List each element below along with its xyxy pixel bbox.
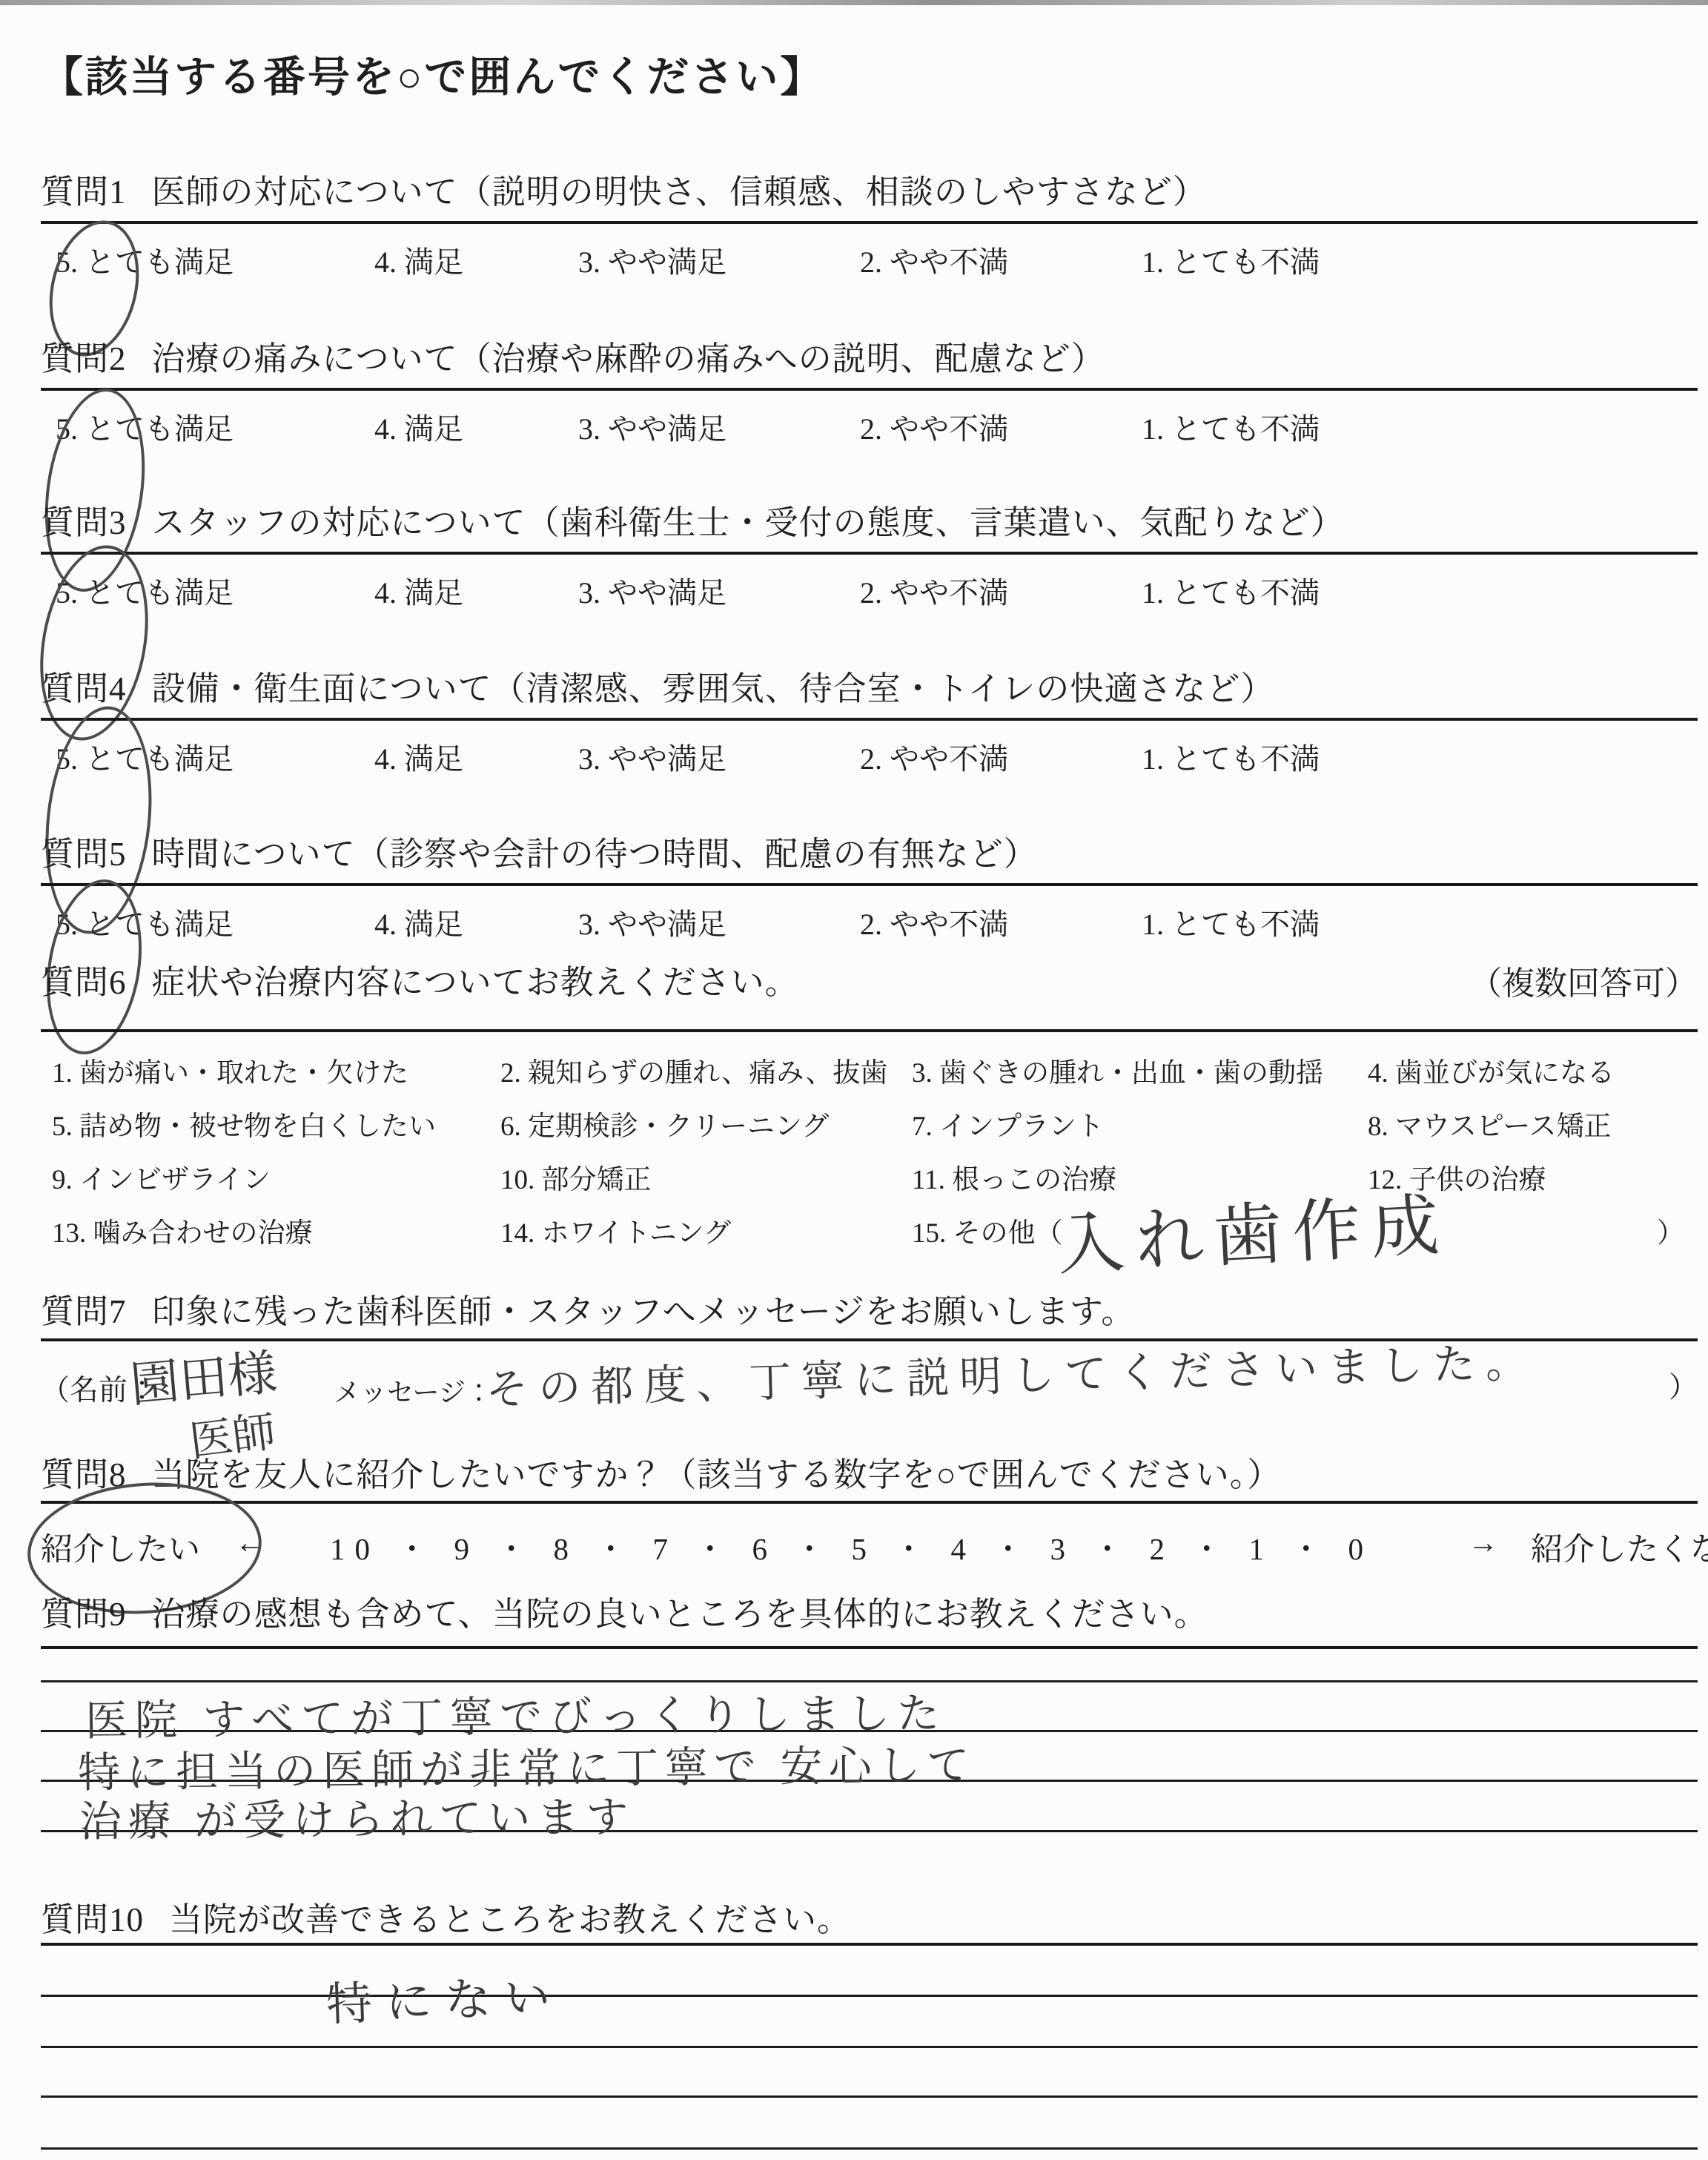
symptom-item: 8. マウスピース矯正 — [1368, 1103, 1612, 1143]
option-somewhat-dissatisfied: 2. やや不満 — [860, 406, 1008, 448]
arrow-left-icon: ← — [235, 1525, 265, 1560]
question-5-options: 5. とても満足 4. 満足 3. やや満足 2. やや不満 1. とても不満 — [41, 901, 1698, 953]
option-satisfied: 4. 満足 — [374, 406, 463, 448]
question-1-heading: 質問1医師の対応について（説明の明快さ、信頼感、相談のしやすさなど） — [41, 165, 1698, 213]
message-label: メッセージ： — [334, 1372, 492, 1410]
question-9-heading: 質問9治療の感想も含めて、当院の良いところを具体的にお教えください。 — [41, 1587, 1698, 1635]
other-close-paren: ） — [1657, 1210, 1684, 1250]
question-5-heading: 質問5時間について（診察や会計の待つ時間、配慮の有無など） — [41, 827, 1698, 875]
question-2-heading: 質問2治療の痛みについて（治療や麻酔の痛みへの説明、配慮など） — [41, 331, 1698, 380]
option-somewhat-satisfied: 3. やや満足 — [578, 569, 726, 612]
question-3-options: 5. とても満足 4. 満足 3. やや満足 2. やや不満 1. とても不満 — [41, 569, 1698, 621]
question-title: 時間について（診察や会計の待つ時間、配慮の有無など） — [152, 836, 1038, 873]
scan-edge-artifact — [0, 0, 1708, 5]
option-somewhat-dissatisfied: 2. やや不満 — [860, 239, 1008, 281]
question-7: 質問7印象に残った歯科医師・スタッフへメッセージをお願いします。 （名前： 園田… — [41, 1284, 1698, 1447]
close-paren: ） — [1669, 1364, 1698, 1406]
question-number: 質問2 — [41, 340, 127, 377]
recommend-label: 紹介したい — [41, 1525, 200, 1570]
multiple-answers-note: （複数回答可） — [1469, 957, 1698, 1004]
question-title: 治療の痛みについて（治療や麻酔の痛みへの説明、配慮など） — [152, 340, 1105, 377]
symptom-item: 14. ホワイトニング — [500, 1210, 731, 1250]
question-9-answer-area: 医院 すべてが丁寧でびっくりしました 特に担当の医師が非常に丁寧で 安心して 治… — [41, 1680, 1698, 1858]
question-title: 治療の感想も含めて、当院の良いところを具体的にお教えください。 — [152, 1596, 1208, 1633]
symptom-item: 2. 親知らずの腫れ、痛み、抜歯 — [500, 1050, 887, 1090]
symptom-item: 13. 噛み合わせの治療 — [52, 1210, 313, 1250]
heading-underline — [41, 552, 1698, 555]
symptom-item: 10. 部分矯正 — [500, 1157, 652, 1197]
handwritten-answer: 特にない — [325, 1959, 565, 2033]
option-satisfied: 4. 満足 — [374, 239, 463, 281]
question-6: 質問6症状や治療内容についてお教えください。 （複数回答可） 1. 歯が痛い・取… — [41, 955, 1698, 1274]
question-10-answer-area: 特にない — [41, 1995, 1698, 2158]
arrow-right-icon: → — [1468, 1525, 1498, 1560]
symptom-item: 4. 歯並びが気になる — [1368, 1050, 1615, 1090]
question-7-heading: 質問7印象に残った歯科医師・スタッフへメッセージをお願いします。 — [41, 1284, 1698, 1332]
option-very-dissatisfied: 1. とても不満 — [1142, 239, 1320, 281]
question-number: 質問4 — [41, 670, 127, 707]
question-title: 医師の対応について（説明の明快さ、信頼感、相談のしやすさなど） — [152, 174, 1207, 211]
question-number: 質問8 — [41, 1456, 127, 1493]
heading-underline — [41, 883, 1698, 886]
question-6-heading: 質問6症状や治療内容についてお教えください。 — [41, 955, 1698, 1003]
question-8-heading: 質問8当院を友人に紹介したいですか？（該当する数字を○で囲んでください。） — [41, 1447, 1698, 1496]
question-number: 質問6 — [41, 964, 127, 1001]
question-number: 質問9 — [41, 1596, 127, 1633]
option-somewhat-satisfied: 3. やや満足 — [578, 901, 726, 943]
question-title: 設備・衛生面について（清潔感、雰囲気、待合室・トイレの快適さなど） — [152, 670, 1275, 707]
symptom-item-other-label: 15. その他（ — [912, 1210, 1063, 1250]
symptom-row-2: 5. 詰め物・被せ物を白くしたい 6. 定期検診・クリーニング 7. インプラン… — [41, 1103, 1698, 1155]
option-satisfied: 4. 満足 — [374, 736, 463, 778]
handwritten-answer-line: 治療 が受けられています — [79, 1783, 635, 1849]
question-4-options: 5. とても満足 4. 満足 3. やや満足 2. やや不満 1. とても不満 — [41, 736, 1698, 787]
option-very-satisfied: 5. とても満足 — [56, 736, 234, 778]
question-title: スタッフの対応について（歯科衛生士・受付の態度、言葉遣い、気配りなど） — [152, 504, 1345, 541]
question-number: 質問7 — [41, 1293, 127, 1330]
nps-scale-row: 紹介したい ← 10 ・ 9 ・ 8 ・ 7 ・ 6 ・ 5 ・ 4 ・ 3 ・… — [41, 1519, 1698, 1578]
symptom-item: 3. 歯ぐきの腫れ・出血・歯の動揺 — [912, 1050, 1323, 1090]
question-1: 質問1医師の対応について（説明の明快さ、信頼感、相談のしやすさなど） 5. とて… — [41, 165, 1698, 320]
answer-line — [41, 2046, 1698, 2048]
symptom-item: 7. インプラント — [912, 1103, 1104, 1143]
option-satisfied: 4. 満足 — [374, 901, 463, 943]
heading-underline — [41, 1501, 1698, 1504]
heading-underline — [41, 1029, 1698, 1032]
option-somewhat-satisfied: 3. やや満足 — [578, 406, 726, 448]
not-recommend-label: 紹介したくない — [1531, 1525, 1708, 1570]
question-number: 質問1 — [41, 174, 127, 211]
survey-sheet: 【該当する番号を○で囲んでください】 質問1医師の対応について（説明の明快さ、信… — [0, 0, 1708, 2160]
handwritten-message: その都度、丁寧に説明してくださいました。 — [485, 1328, 1539, 1416]
question-title: 印象に残った歯科医師・スタッフへメッセージをお願いします。 — [152, 1293, 1136, 1330]
option-somewhat-dissatisfied: 2. やや不満 — [860, 569, 1008, 612]
option-very-satisfied: 5. とても満足 — [56, 901, 234, 943]
symptom-row-4: 13. 噛み合わせの治療 14. ホワイトニング 15. その他（ 入れ歯作成 … — [41, 1210, 1698, 1262]
question-10: 質問10当院が改善できるところをお教えください。 特にない — [41, 1892, 1698, 2159]
option-very-satisfied: 5. とても満足 — [56, 569, 234, 612]
option-satisfied: 4. 満足 — [374, 569, 463, 612]
option-somewhat-dissatisfied: 2. やや不満 — [860, 736, 1008, 778]
question-3-heading: 質問3スタッフの対応について（歯科衛生士・受付の態度、言葉遣い、気配りなど） — [41, 495, 1698, 544]
question-1-options: 5. とても満足 4. 満足 3. やや満足 2. やや不満 1. とても不満 — [41, 239, 1698, 291]
option-very-dissatisfied: 1. とても不満 — [1142, 569, 1320, 612]
symptom-row-1: 1. 歯が痛い・取れた・欠けた 2. 親知らずの腫れ、痛み、抜歯 3. 歯ぐきの… — [41, 1050, 1698, 1102]
answer-line — [41, 2147, 1698, 2150]
question-number: 質問3 — [41, 504, 127, 541]
option-somewhat-satisfied: 3. やや満足 — [578, 736, 726, 778]
question-4: 質問4設備・衛生面について（清潔感、雰囲気、待合室・トイレの快適さなど） 5. … — [41, 661, 1698, 817]
question-7-answer-row: （名前： 園田様 医師 メッセージ： その都度、丁寧に説明してくださいました。 … — [41, 1355, 1698, 1444]
heading-underline — [41, 388, 1698, 391]
heading-underline — [41, 221, 1698, 224]
question-4-heading: 質問4設備・衛生面について（清潔感、雰囲気、待合室・トイレの快適さなど） — [41, 661, 1698, 710]
option-somewhat-satisfied: 3. やや満足 — [578, 239, 726, 281]
option-very-satisfied: 5. とても満足 — [56, 239, 234, 281]
option-very-dissatisfied: 1. とても不満 — [1142, 736, 1320, 778]
option-somewhat-dissatisfied: 2. やや不満 — [860, 901, 1008, 943]
option-very-dissatisfied: 1. とても不満 — [1142, 901, 1320, 943]
title-section: 【該当する番号を○で囲んでください】 — [41, 43, 1698, 104]
question-9: 質問9治療の感想も含めて、当院の良いところを具体的にお教えください。 医院 すべ… — [41, 1587, 1698, 1883]
question-5: 質問5時間について（診察や会計の待つ時間、配慮の有無など） 5. とても満足 4… — [41, 827, 1698, 975]
question-title: 症状や治療内容についてお教えください。 — [152, 964, 799, 1001]
symptom-item: 1. 歯が痛い・取れた・欠けた — [52, 1050, 408, 1090]
question-number: 質問10 — [41, 1901, 144, 1938]
question-number: 質問5 — [41, 836, 127, 873]
heading-underline — [41, 718, 1698, 721]
heading-underline — [41, 1943, 1698, 1946]
symptom-item: 9. インビザライン — [52, 1157, 271, 1197]
handwritten-other-answer: 入れ歯作成 — [1054, 1170, 1452, 1289]
question-title: 当院が改善できるところをお教えください。 — [169, 1901, 851, 1938]
option-very-dissatisfied: 1. とても不満 — [1142, 406, 1320, 448]
page-title: 【該当する番号を○で囲んでください】 — [41, 43, 1698, 104]
option-very-satisfied: 5. とても満足 — [56, 406, 234, 448]
symptom-item: 6. 定期検診・クリーニング — [500, 1103, 829, 1143]
question-10-heading: 質問10当院が改善できるところをお教えください。 — [41, 1892, 1698, 1941]
question-2: 質問2治療の痛みについて（治療や麻酔の痛みへの説明、配慮など） 5. とても満足… — [41, 331, 1698, 487]
question-2-options: 5. とても満足 4. 満足 3. やや満足 2. やや不満 1. とても不満 — [41, 406, 1698, 458]
answer-line — [41, 1995, 1698, 1997]
nps-scale-values: 10 ・ 9 ・ 8 ・ 7 ・ 6 ・ 5 ・ 4 ・ 3 ・ 2 ・ 1 ・… — [330, 1525, 1373, 1568]
question-3: 質問3スタッフの対応について（歯科衛生士・受付の態度、言葉遣い、気配りなど） 5… — [41, 495, 1698, 651]
question-8: 質問8当院を友人に紹介したいですか？（該当する数字を○で囲んでください。） 紹介… — [41, 1447, 1698, 1588]
question-title: 当院を友人に紹介したいですか？（該当する数字を○で囲んでください。） — [152, 1456, 1282, 1493]
symptom-item: 5. 詰め物・被せ物を白くしたい — [52, 1103, 436, 1143]
answer-line — [41, 2095, 1698, 2098]
heading-underline — [41, 1646, 1698, 1649]
symptom-row-3: 9. インビザライン 10. 部分矯正 11. 根っこの治療 12. 子供の治療 — [41, 1157, 1698, 1209]
